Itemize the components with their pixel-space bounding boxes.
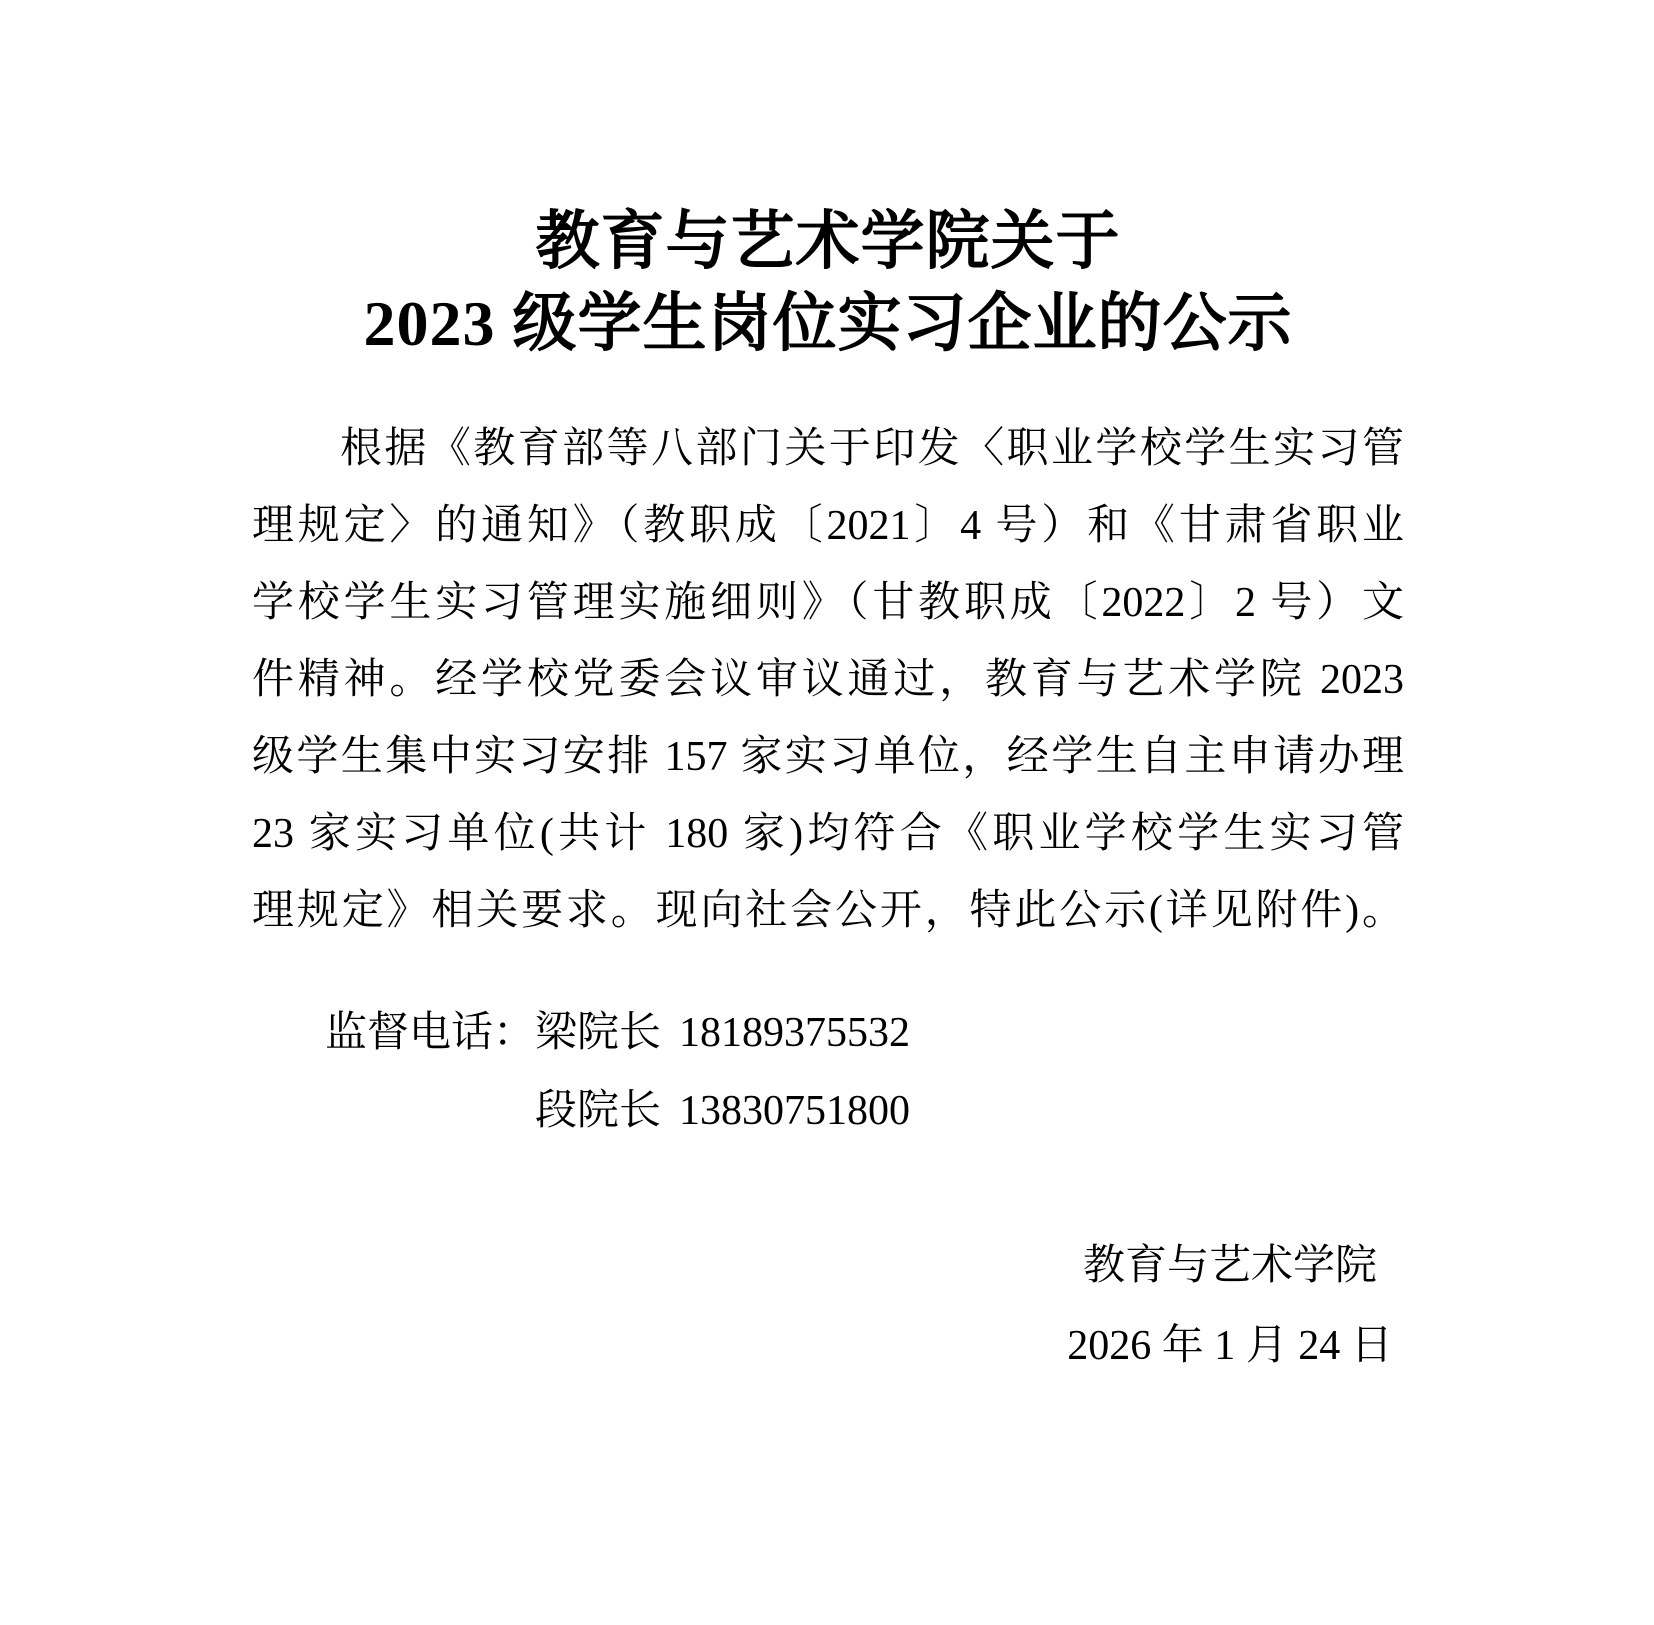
body-paragraph: 根据《教育部等八部门关于印发〈职业学校学生实习管 理规定〉的通知》（教职成〔20… (252, 411, 1404, 950)
title-line-2: 2023 级学生岗位实习企业的公示 (252, 283, 1404, 365)
contact-phone-1: 18189375532 (679, 1010, 910, 1056)
contact-name-1: 梁院长 (535, 1010, 661, 1056)
contact-phone-2: 13830751800 (679, 1088, 910, 1134)
body-line-1: 根据《教育部等八部门关于印发〈职业学校学生实习管 (252, 411, 1404, 488)
body-line-2: 理规定〉的通知》（教职成〔2021〕4 号）和《甘肃省职业 (252, 488, 1404, 565)
body-line-5: 级学生集中实习安排 157 家实习单位，经学生自主申请办理 (252, 719, 1404, 796)
contact-name-2: 段院长 (535, 1088, 661, 1134)
contact-label: 监督电话： (325, 994, 535, 1072)
document-title: 教育与艺术学院关于 2023 级学生岗位实习企业的公示 (252, 201, 1404, 365)
contact-entries: 梁院长18189375532 段院长13830751800 (535, 994, 910, 1150)
body-line-6: 23 家实习单位(共计 180 家)均符合《职业学校学生实习管 (252, 796, 1404, 873)
signature-org: 教育与艺术学院 (1000, 1226, 1460, 1306)
document-page: 教育与艺术学院关于 2023 级学生岗位实习企业的公示 根据《教育部等八部门关于… (0, 0, 1654, 1625)
signature-block: 教育与艺术学院 2026 年 1 月 24 日 (1000, 1226, 1460, 1386)
body-line-3: 学校学生实习管理实施细则》（甘教职成〔2022〕2 号）文 (252, 565, 1404, 642)
contact-entry-1: 梁院长18189375532 (535, 994, 910, 1072)
body-line-7: 理规定》相关要求。现向社会公开，特此公示(详见附件)。 (252, 873, 1404, 950)
supervision-contact-section: 监督电话： 梁院长18189375532 段院长13830751800 (325, 994, 910, 1150)
body-line-4: 件精神。经学校党委会议审议通过，教育与艺术学院 2023 (252, 642, 1404, 719)
signature-date: 2026 年 1 月 24 日 (1000, 1306, 1460, 1386)
contact-entry-2: 段院长13830751800 (535, 1072, 910, 1150)
title-line-1: 教育与艺术学院关于 (252, 201, 1404, 283)
